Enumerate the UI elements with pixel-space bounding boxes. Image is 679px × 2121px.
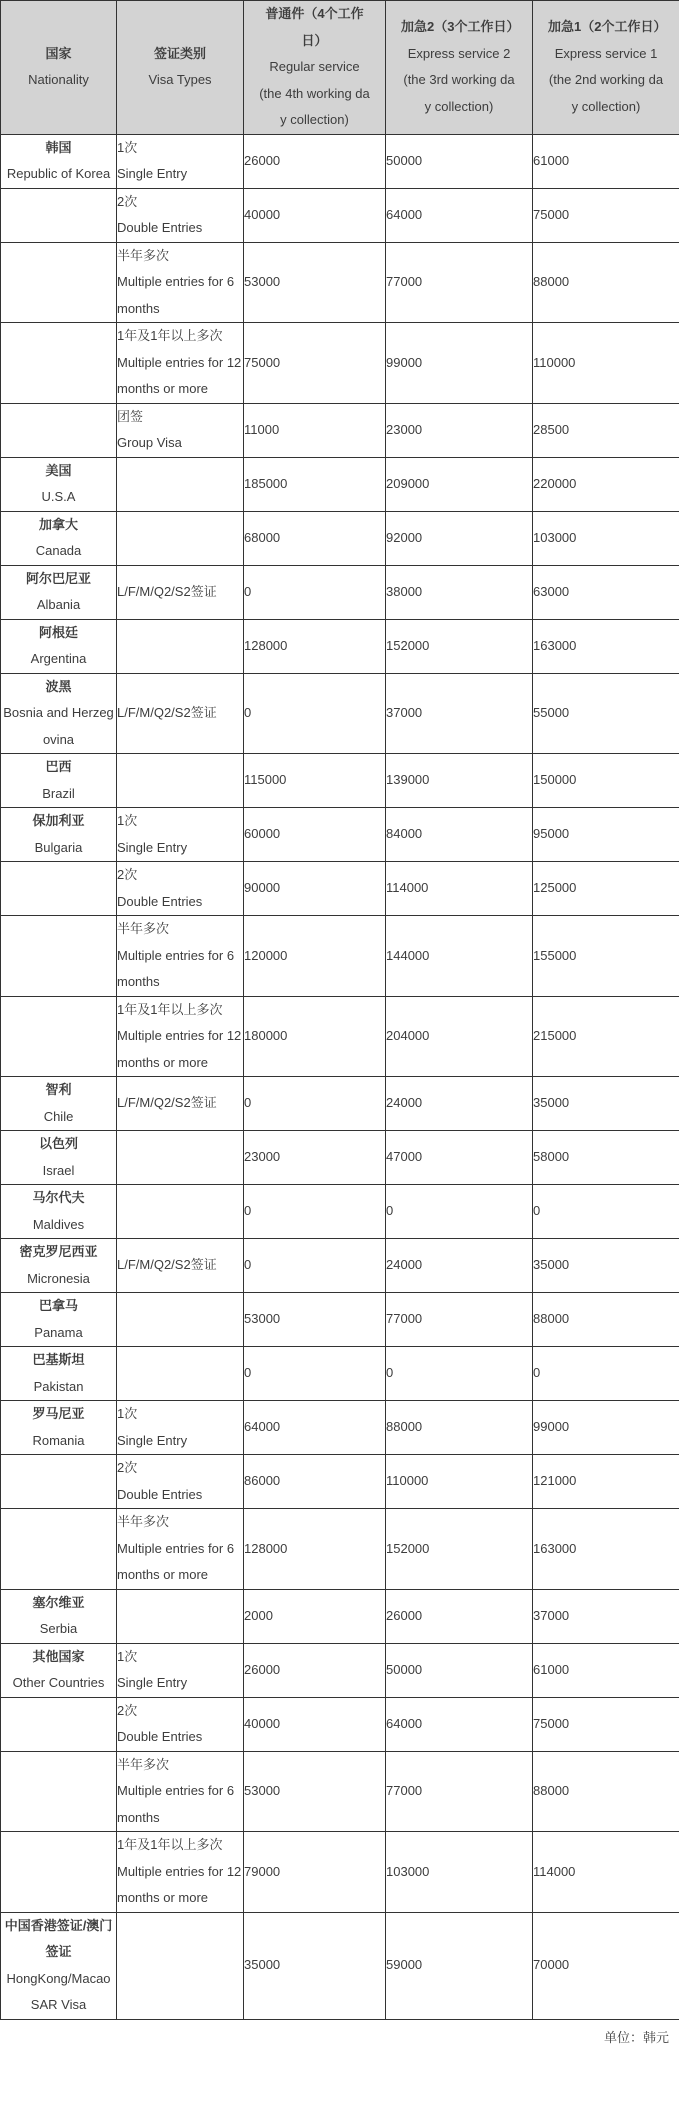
country-name-zh: 加拿大 — [1, 512, 116, 539]
country-cell: 阿尔巴尼亚Albania — [1, 565, 117, 619]
express2-fee-cell: 64000 — [386, 1697, 533, 1751]
country-name-zh: 其他国家 — [1, 1644, 116, 1671]
express2-fee-cell: 50000 — [386, 1643, 533, 1697]
regular-fee-cell: 79000 — [244, 1832, 386, 1913]
visa-type-zh: 团签 — [117, 404, 243, 431]
express1-fee-cell: 150000 — [533, 754, 679, 808]
regular-fee-cell: 11000 — [244, 403, 386, 457]
visa-type-zh: 2次 — [117, 1455, 243, 1482]
express1-fee-cell: 88000 — [533, 242, 679, 323]
visa-type-en: Multiple entries for 12 months or more — [117, 1023, 243, 1076]
unit-note: 单位：韩元 — [0, 2020, 679, 2053]
country-cell: 以色列Israel — [1, 1131, 117, 1185]
visa-type-cell: L/F/M/Q2/S2签证 — [117, 673, 244, 754]
country-cell — [1, 1832, 117, 1913]
fee-row: 阿根廷Argentina128000152000163000 — [1, 619, 679, 673]
express2-fee-cell: 110000 — [386, 1455, 533, 1509]
country-cell — [1, 1455, 117, 1509]
visa-type-en: Multiple entries for 6 months — [117, 1778, 243, 1831]
regular-fee-cell: 60000 — [244, 808, 386, 862]
express2-fee-cell: 47000 — [386, 1131, 533, 1185]
visa-type-zh: 1次 — [117, 1401, 243, 1428]
regular-fee-cell: 40000 — [244, 188, 386, 242]
visa-type-cell: 2次Double Entries — [117, 1697, 244, 1751]
country-name-zh: 美国 — [1, 458, 116, 485]
country-name-en: Maldives — [1, 1212, 116, 1239]
visa-type-zh: 1年及1年以上多次 — [117, 1832, 243, 1859]
express2-fee-cell: 144000 — [386, 916, 533, 997]
regular-fee-cell: 128000 — [244, 1509, 386, 1590]
visa-type-cell: 1年及1年以上多次Multiple entries for 12 months … — [117, 1832, 244, 1913]
country-name-en: Bulgaria — [1, 835, 116, 862]
visa-type-zh: 1年及1年以上多次 — [117, 997, 243, 1024]
fee-row: 2次Double Entries400006400075000 — [1, 1697, 679, 1751]
express2-fee-cell: 38000 — [386, 565, 533, 619]
country-name-en: Other Countries — [1, 1670, 116, 1697]
country-cell: 马尔代夫Maldives — [1, 1185, 117, 1239]
country-cell: 巴基斯坦Pakistan — [1, 1347, 117, 1401]
country-name-en: Bosnia and Herzegovina — [1, 700, 116, 753]
visa-type-en: Multiple entries for 6 months — [117, 269, 243, 322]
fee-row: 巴西Brazil115000139000150000 — [1, 754, 679, 808]
country-cell: 塞尔维亚Serbia — [1, 1589, 117, 1643]
visa-type-cell: 1年及1年以上多次Multiple entries for 12 months … — [117, 996, 244, 1077]
header-regular-service-line-2: Regular service — [257, 54, 372, 81]
express2-fee-cell: 24000 — [386, 1239, 533, 1293]
header-express-service-2: 加急2（3个工作日）Express service 2(the 3rd work… — [386, 1, 533, 135]
country-cell — [1, 862, 117, 916]
header-express-service-1-line-3: (the 2nd working day collection) — [548, 67, 664, 120]
visa-type-zh: 半年多次 — [117, 1752, 243, 1779]
country-name-zh: 阿根廷 — [1, 620, 116, 647]
express1-fee-cell: 163000 — [533, 619, 679, 673]
regular-fee-cell: 120000 — [244, 916, 386, 997]
regular-fee-cell: 185000 — [244, 457, 386, 511]
fee-row: 半年多次Multiple entries for 6 months or mor… — [1, 1509, 679, 1590]
country-name-en: HongKong/Macao SAR Visa — [1, 1966, 116, 2019]
express1-fee-cell: 70000 — [533, 1912, 679, 2019]
visa-type-en: Double Entries — [117, 1724, 243, 1751]
express1-fee-cell: 88000 — [533, 1293, 679, 1347]
regular-fee-cell: 68000 — [244, 511, 386, 565]
express2-fee-cell: 88000 — [386, 1401, 533, 1455]
visa-type-en: Double Entries — [117, 889, 243, 916]
express1-fee-cell: 55000 — [533, 673, 679, 754]
visa-type-zh: 1年及1年以上多次 — [117, 323, 243, 350]
express1-fee-cell: 63000 — [533, 565, 679, 619]
express2-fee-cell: 59000 — [386, 1912, 533, 2019]
express2-fee-cell: 37000 — [386, 673, 533, 754]
regular-fee-cell: 35000 — [244, 1912, 386, 2019]
visa-type-en: Single Entry — [117, 1670, 243, 1697]
country-cell — [1, 1751, 117, 1832]
country-cell: 罗马尼亚Romania — [1, 1401, 117, 1455]
fee-row: 中国香港签证/澳门签证HongKong/Macao SAR Visa350005… — [1, 1912, 679, 2019]
visa-type-cell — [117, 619, 244, 673]
country-cell: 其他国家Other Countries — [1, 1643, 117, 1697]
header-visa-types-line-1: 签证类别 — [129, 41, 231, 68]
express1-fee-cell: 58000 — [533, 1131, 679, 1185]
regular-fee-cell: 53000 — [244, 1293, 386, 1347]
visa-type-cell — [117, 511, 244, 565]
header-visa-types-line-2: Visa Types — [129, 67, 231, 94]
fee-row: 韩国Republic of Korea1次Single Entry2600050… — [1, 134, 679, 188]
header-row: 国家Nationality签证类别Visa Types普通件（4个工作日）Reg… — [1, 1, 679, 135]
header-nationality-line-1: 国家 — [13, 41, 104, 68]
country-name-en: Albania — [1, 592, 116, 619]
country-name-en: Panama — [1, 1320, 116, 1347]
express2-fee-cell: 103000 — [386, 1832, 533, 1913]
visa-type-cell: 半年多次Multiple entries for 6 months — [117, 242, 244, 323]
visa-type-cell: 半年多次Multiple entries for 6 months or mor… — [117, 1509, 244, 1590]
regular-fee-cell: 0 — [244, 1185, 386, 1239]
regular-fee-cell: 26000 — [244, 134, 386, 188]
express2-fee-cell: 77000 — [386, 1293, 533, 1347]
express2-fee-cell: 0 — [386, 1185, 533, 1239]
express1-fee-cell: 220000 — [533, 457, 679, 511]
visa-type-en: Single Entry — [117, 161, 243, 188]
express2-fee-cell: 92000 — [386, 511, 533, 565]
header-regular-service-line-1: 普通件（4个工作日） — [257, 1, 372, 54]
country-name-zh: 罗马尼亚 — [1, 1401, 116, 1428]
country-name-zh: 阿尔巴尼亚 — [1, 566, 116, 593]
visa-type-cell: 1次Single Entry — [117, 808, 244, 862]
express2-fee-cell: 152000 — [386, 619, 533, 673]
fee-row: 半年多次Multiple entries for 6 months5300077… — [1, 242, 679, 323]
fee-row: 加拿大Canada6800092000103000 — [1, 511, 679, 565]
visa-type-zh: 半年多次 — [117, 1509, 243, 1536]
express1-fee-cell: 28500 — [533, 403, 679, 457]
visa-type-cell: L/F/M/Q2/S2签证 — [117, 565, 244, 619]
fee-row: 马尔代夫Maldives000 — [1, 1185, 679, 1239]
header-nationality: 国家Nationality — [1, 1, 117, 135]
header-regular-service-line-3: (the 4th working day collection) — [257, 81, 372, 134]
country-cell: 美国U.S.A — [1, 457, 117, 511]
fee-row: 以色列Israel230004700058000 — [1, 1131, 679, 1185]
country-cell — [1, 188, 117, 242]
express2-fee-cell: 24000 — [386, 1077, 533, 1131]
country-name-zh: 韩国 — [1, 135, 116, 162]
express2-fee-cell: 204000 — [386, 996, 533, 1077]
header-regular-service: 普通件（4个工作日）Regular service(the 4th workin… — [244, 1, 386, 135]
visa-type-cell: 2次Double Entries — [117, 862, 244, 916]
country-cell: 密克罗尼西亚Micronesia — [1, 1239, 117, 1293]
visa-type-zh: 1次 — [117, 1644, 243, 1671]
country-cell — [1, 323, 117, 404]
header-express-service-1-line-1: 加急1（2个工作日） — [548, 14, 664, 41]
country-name-en: Serbia — [1, 1616, 116, 1643]
regular-fee-cell: 0 — [244, 1239, 386, 1293]
visa-type-en: Single Entry — [117, 1428, 243, 1455]
regular-fee-cell: 0 — [244, 673, 386, 754]
country-cell: 中国香港签证/澳门签证HongKong/Macao SAR Visa — [1, 1912, 117, 2019]
express1-fee-cell: 103000 — [533, 511, 679, 565]
country-name-en: Israel — [1, 1158, 116, 1185]
header-express-service-1-line-2: Express service 1 — [548, 41, 664, 68]
fee-row: 巴基斯坦Pakistan000 — [1, 1347, 679, 1401]
express1-fee-cell: 114000 — [533, 1832, 679, 1913]
visa-type-cell: 1次Single Entry — [117, 134, 244, 188]
visa-type-cell: 1次Single Entry — [117, 1401, 244, 1455]
visa-fee-table: 国家Nationality签证类别Visa Types普通件（4个工作日）Reg… — [0, 0, 679, 2020]
express1-fee-cell: 88000 — [533, 1751, 679, 1832]
visa-type-cell: 半年多次Multiple entries for 6 months — [117, 916, 244, 997]
visa-type-zh: L/F/M/Q2/S2签证 — [117, 1252, 243, 1279]
express1-fee-cell: 75000 — [533, 1697, 679, 1751]
header-visa-types: 签证类别Visa Types — [117, 1, 244, 135]
express1-fee-cell: 61000 — [533, 134, 679, 188]
fee-row: 波黑Bosnia and HerzegovinaL/F/M/Q2/S2签证037… — [1, 673, 679, 754]
express2-fee-cell: 26000 — [386, 1589, 533, 1643]
country-cell: 巴拿马Panama — [1, 1293, 117, 1347]
country-cell: 智利Chile — [1, 1077, 117, 1131]
fee-row: 1年及1年以上多次Multiple entries for 12 months … — [1, 323, 679, 404]
express1-fee-cell: 163000 — [533, 1509, 679, 1590]
fee-row: 2次Double Entries400006400075000 — [1, 188, 679, 242]
visa-type-cell — [117, 1293, 244, 1347]
country-cell — [1, 403, 117, 457]
express1-fee-cell: 61000 — [533, 1643, 679, 1697]
regular-fee-cell: 0 — [244, 1077, 386, 1131]
regular-fee-cell: 115000 — [244, 754, 386, 808]
visa-type-cell — [117, 1131, 244, 1185]
header-express-service-2-line-3: (the 3rd working day collection) — [401, 67, 517, 120]
fee-row: 罗马尼亚Romania1次Single Entry640008800099000 — [1, 1401, 679, 1455]
country-name-en: Pakistan — [1, 1374, 116, 1401]
fee-row: 1年及1年以上多次Multiple entries for 12 months … — [1, 1832, 679, 1913]
country-name-zh: 塞尔维亚 — [1, 1590, 116, 1617]
regular-fee-cell: 26000 — [244, 1643, 386, 1697]
express2-fee-cell: 139000 — [386, 754, 533, 808]
country-name-zh: 波黑 — [1, 674, 116, 701]
visa-type-cell: 半年多次Multiple entries for 6 months — [117, 1751, 244, 1832]
express1-fee-cell: 35000 — [533, 1239, 679, 1293]
country-name-zh: 中国香港签证/澳门签证 — [1, 1913, 116, 1966]
country-cell — [1, 916, 117, 997]
visa-type-cell: L/F/M/Q2/S2签证 — [117, 1077, 244, 1131]
visa-type-zh: 1次 — [117, 135, 243, 162]
regular-fee-cell: 23000 — [244, 1131, 386, 1185]
regular-fee-cell: 86000 — [244, 1455, 386, 1509]
country-name-zh: 巴拿马 — [1, 1293, 116, 1320]
country-name-zh: 密克罗尼西亚 — [1, 1239, 116, 1266]
visa-type-en: Single Entry — [117, 835, 243, 862]
fee-row: 半年多次Multiple entries for 6 months1200001… — [1, 916, 679, 997]
country-cell: 加拿大Canada — [1, 511, 117, 565]
express1-fee-cell: 215000 — [533, 996, 679, 1077]
regular-fee-cell: 53000 — [244, 1751, 386, 1832]
express1-fee-cell: 37000 — [533, 1589, 679, 1643]
express1-fee-cell: 0 — [533, 1347, 679, 1401]
regular-fee-cell: 2000 — [244, 1589, 386, 1643]
header-express-service-2-line-2: Express service 2 — [401, 41, 517, 68]
header-express-service-1: 加急1（2个工作日）Express service 1(the 2nd work… — [533, 1, 679, 135]
header-express-service-2-line-1: 加急2（3个工作日） — [401, 14, 517, 41]
express2-fee-cell: 209000 — [386, 457, 533, 511]
country-name-en: Chile — [1, 1104, 116, 1131]
express1-fee-cell: 155000 — [533, 916, 679, 997]
country-cell — [1, 1509, 117, 1590]
fee-row: 巴拿马Panama530007700088000 — [1, 1293, 679, 1347]
fee-row: 其他国家Other Countries1次Single Entry2600050… — [1, 1643, 679, 1697]
express1-fee-cell: 75000 — [533, 188, 679, 242]
visa-type-en: Group Visa — [117, 430, 243, 457]
fee-row: 保加利亚Bulgaria1次Single Entry60000840009500… — [1, 808, 679, 862]
table-body: 韩国Republic of Korea1次Single Entry2600050… — [1, 134, 679, 2019]
visa-type-en: Multiple entries for 12 months or more — [117, 350, 243, 403]
visa-type-zh: L/F/M/Q2/S2签证 — [117, 700, 243, 727]
express2-fee-cell: 84000 — [386, 808, 533, 862]
country-name-zh: 以色列 — [1, 1131, 116, 1158]
visa-type-zh: 1次 — [117, 808, 243, 835]
visa-type-cell — [117, 1185, 244, 1239]
fee-row: 团签Group Visa110002300028500 — [1, 403, 679, 457]
country-name-en: Brazil — [1, 781, 116, 808]
regular-fee-cell: 0 — [244, 1347, 386, 1401]
country-name-en: Canada — [1, 538, 116, 565]
visa-type-cell — [117, 754, 244, 808]
visa-type-zh: 半年多次 — [117, 916, 243, 943]
country-name-zh: 巴西 — [1, 754, 116, 781]
visa-type-cell — [117, 1347, 244, 1401]
express1-fee-cell: 121000 — [533, 1455, 679, 1509]
express2-fee-cell: 64000 — [386, 188, 533, 242]
country-name-en: Micronesia — [1, 1266, 116, 1293]
visa-type-cell: 2次Double Entries — [117, 188, 244, 242]
visa-type-en: Multiple entries for 6 months or more — [117, 1536, 243, 1589]
express2-fee-cell: 114000 — [386, 862, 533, 916]
express2-fee-cell: 0 — [386, 1347, 533, 1401]
visa-type-cell: 2次Double Entries — [117, 1455, 244, 1509]
table-header: 国家Nationality签证类别Visa Types普通件（4个工作日）Reg… — [1, 1, 679, 135]
express2-fee-cell: 152000 — [386, 1509, 533, 1590]
fee-row: 2次Double Entries90000114000125000 — [1, 862, 679, 916]
express2-fee-cell: 77000 — [386, 1751, 533, 1832]
header-nationality-line-2: Nationality — [13, 67, 104, 94]
regular-fee-cell: 53000 — [244, 242, 386, 323]
visa-type-cell: 团签Group Visa — [117, 403, 244, 457]
express2-fee-cell: 23000 — [386, 403, 533, 457]
express1-fee-cell: 35000 — [533, 1077, 679, 1131]
visa-type-zh: L/F/M/Q2/S2签证 — [117, 1090, 243, 1117]
visa-type-zh: 半年多次 — [117, 243, 243, 270]
country-cell — [1, 242, 117, 323]
visa-type-cell — [117, 1589, 244, 1643]
regular-fee-cell: 64000 — [244, 1401, 386, 1455]
express1-fee-cell: 0 — [533, 1185, 679, 1239]
country-name-en: Argentina — [1, 646, 116, 673]
fee-row: 塞尔维亚Serbia20002600037000 — [1, 1589, 679, 1643]
regular-fee-cell: 180000 — [244, 996, 386, 1077]
visa-type-zh: 2次 — [117, 1698, 243, 1725]
regular-fee-cell: 90000 — [244, 862, 386, 916]
express1-fee-cell: 125000 — [533, 862, 679, 916]
country-name-en: Romania — [1, 1428, 116, 1455]
fee-row: 1年及1年以上多次Multiple entries for 12 months … — [1, 996, 679, 1077]
country-cell: 波黑Bosnia and Herzegovina — [1, 673, 117, 754]
visa-type-cell: 1次Single Entry — [117, 1643, 244, 1697]
country-cell: 巴西Brazil — [1, 754, 117, 808]
visa-type-cell — [117, 1912, 244, 2019]
country-name-en: Republic of Korea — [1, 161, 116, 188]
regular-fee-cell: 40000 — [244, 1697, 386, 1751]
fee-row: 智利ChileL/F/M/Q2/S2签证02400035000 — [1, 1077, 679, 1131]
country-name-zh: 马尔代夫 — [1, 1185, 116, 1212]
country-name-zh: 保加利亚 — [1, 808, 116, 835]
fee-row: 2次Double Entries86000110000121000 — [1, 1455, 679, 1509]
country-name-en: U.S.A — [1, 484, 116, 511]
regular-fee-cell: 128000 — [244, 619, 386, 673]
visa-type-cell — [117, 457, 244, 511]
visa-type-en: Multiple entries for 6 months — [117, 943, 243, 996]
fee-row: 半年多次Multiple entries for 6 months5300077… — [1, 1751, 679, 1832]
country-name-zh: 智利 — [1, 1077, 116, 1104]
country-cell: 保加利亚Bulgaria — [1, 808, 117, 862]
visa-type-en: Multiple entries for 12 months or more — [117, 1859, 243, 1912]
fee-row: 阿尔巴尼亚AlbaniaL/F/M/Q2/S2签证03800063000 — [1, 565, 679, 619]
country-name-zh: 巴基斯坦 — [1, 1347, 116, 1374]
country-cell — [1, 996, 117, 1077]
visa-type-zh: L/F/M/Q2/S2签证 — [117, 579, 243, 606]
express1-fee-cell: 110000 — [533, 323, 679, 404]
country-cell — [1, 1697, 117, 1751]
visa-type-zh: 2次 — [117, 862, 243, 889]
visa-fee-sheet: 国家Nationality签证类别Visa Types普通件（4个工作日）Reg… — [0, 0, 679, 2053]
visa-type-en: Double Entries — [117, 215, 243, 242]
express2-fee-cell: 77000 — [386, 242, 533, 323]
country-cell: 韩国Republic of Korea — [1, 134, 117, 188]
visa-type-cell: 1年及1年以上多次Multiple entries for 12 months … — [117, 323, 244, 404]
fee-row: 美国U.S.A185000209000220000 — [1, 457, 679, 511]
visa-type-en: Double Entries — [117, 1482, 243, 1509]
visa-type-cell: L/F/M/Q2/S2签证 — [117, 1239, 244, 1293]
fee-row: 密克罗尼西亚MicronesiaL/F/M/Q2/S2签证02400035000 — [1, 1239, 679, 1293]
regular-fee-cell: 75000 — [244, 323, 386, 404]
express1-fee-cell: 99000 — [533, 1401, 679, 1455]
express2-fee-cell: 50000 — [386, 134, 533, 188]
express2-fee-cell: 99000 — [386, 323, 533, 404]
visa-type-zh: 2次 — [117, 189, 243, 216]
country-cell: 阿根廷Argentina — [1, 619, 117, 673]
express1-fee-cell: 95000 — [533, 808, 679, 862]
regular-fee-cell: 0 — [244, 565, 386, 619]
